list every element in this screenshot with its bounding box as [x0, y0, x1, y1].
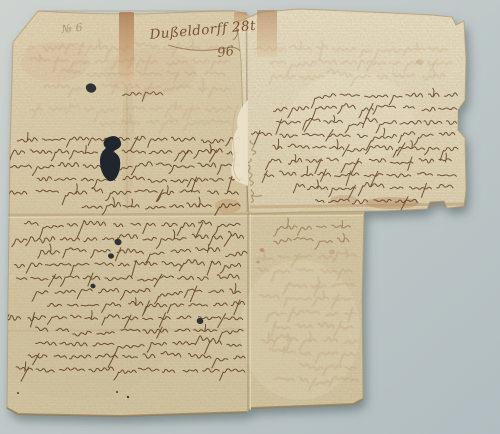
- stain: [290, 72, 414, 164]
- stain: [240, 260, 360, 400]
- tape-strip: [119, 12, 134, 87]
- stain: [365, 197, 419, 209]
- stain: [256, 261, 260, 264]
- dateline-year-text: 96: [216, 44, 234, 61]
- folio-number-annotation: № 6: [60, 21, 83, 36]
- letter-photo-svg: № 6 Dußeldorff 28t 96: [0, 0, 500, 434]
- stain: [329, 250, 335, 255]
- photograph-of-handwritten-letter: № 6 Dußeldorff 28t 96: [0, 0, 500, 434]
